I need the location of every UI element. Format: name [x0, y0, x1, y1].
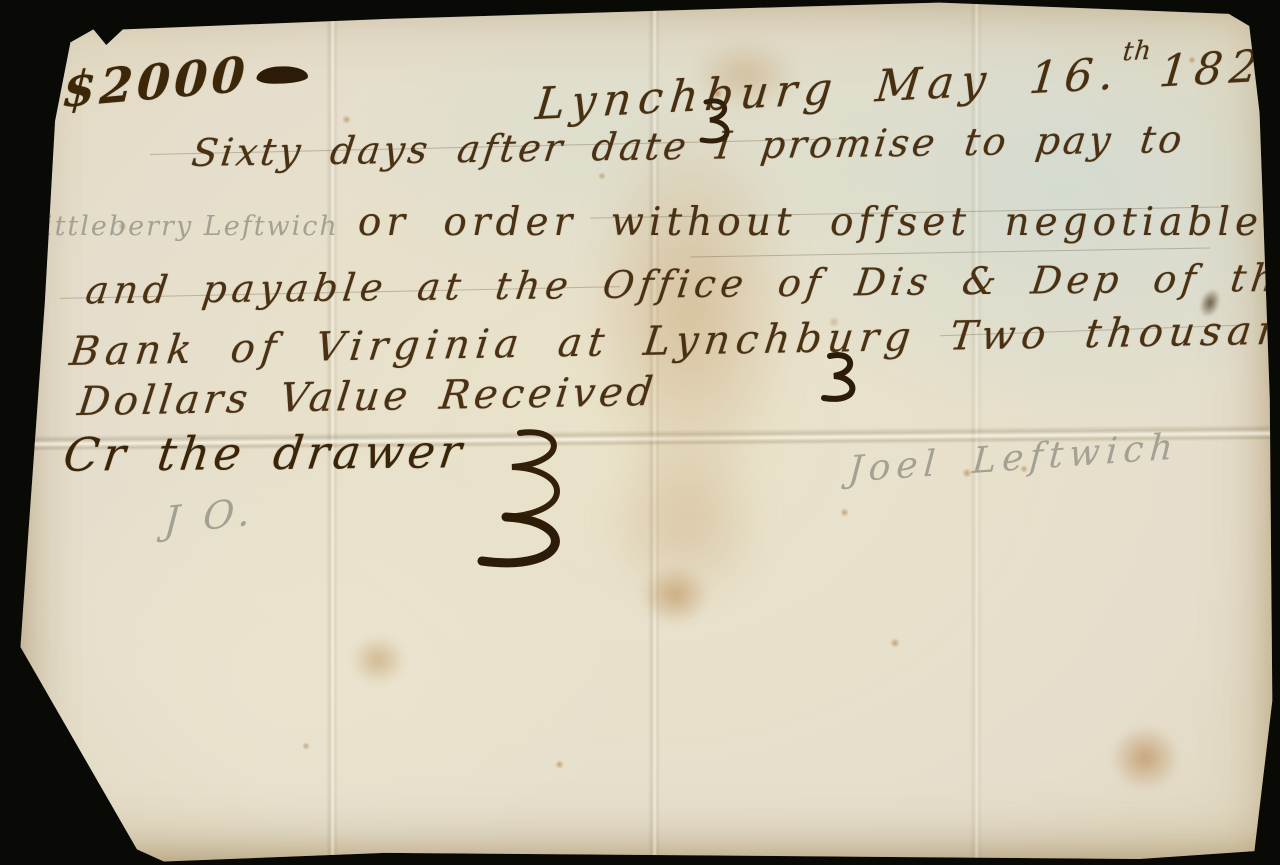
signature-pencil: Joel Leftwich: [847, 426, 1180, 490]
document-paper: $2000 Lynchburg May 16.th1821 Sixty days…: [0, 0, 1280, 865]
body-line-1: Sixty days after date I promise to pay t…: [189, 117, 1187, 175]
folded-corner-crease: [10, 644, 142, 863]
foxing-spot: [890, 638, 900, 648]
body-line-2: Littleberry Leftwich or order without of…: [24, 200, 1263, 245]
body-line-3: and payable at the Office of Dis & Dep o…: [83, 256, 1280, 313]
stain-spot: [640, 565, 710, 625]
date-ordinal: th: [1121, 36, 1153, 68]
date-year: 1821: [1157, 39, 1280, 98]
amount-text: $2000: [61, 46, 250, 119]
body-line-5: Dollars Value Received: [75, 369, 659, 425]
foxing-spot: [598, 172, 606, 180]
scanner-background: $2000 Lynchburg May 16.th1821 Sixty days…: [0, 0, 1280, 865]
amount-figure: $2000: [61, 41, 310, 119]
foxing-spot: [555, 760, 564, 769]
payee-name-pencil: Littleberry Leftwich: [24, 211, 339, 242]
body-line-6: Cr the drawer: [60, 424, 468, 482]
foxing-spot: [302, 742, 310, 750]
place-and-date: Lynchburg May 16.: [533, 48, 1123, 130]
center-water-stain-lower: [600, 430, 770, 610]
body-line-2-ink: or order without offset negotiable: [358, 200, 1263, 245]
center-water-stain: [585, 120, 795, 500]
foxing-spot: [840, 508, 849, 517]
foxing-spot: [342, 115, 351, 124]
ruled-guideline: [690, 247, 1210, 257]
ink-dash-blob: [256, 66, 310, 84]
stain-spot: [350, 635, 406, 685]
body-line-4: Bank of Virginia at Lynchburg Two thousa…: [67, 307, 1280, 375]
stain-spot: [1110, 725, 1180, 791]
dateline: Lynchburg May 16.th1821: [533, 28, 1280, 130]
initials-pencil: J O.: [163, 489, 258, 543]
